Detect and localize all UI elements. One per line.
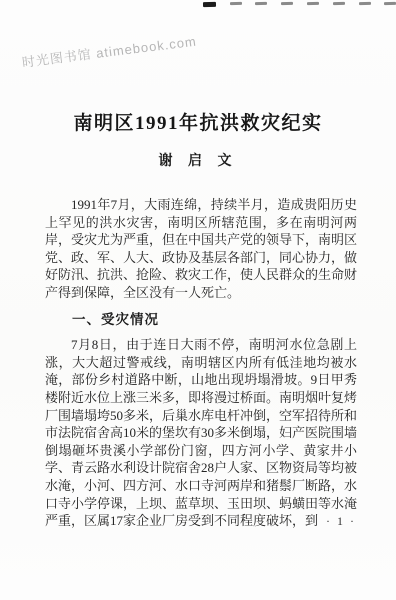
binding-mark bbox=[384, 2, 396, 5]
binding-mark bbox=[203, 2, 216, 7]
section-paragraph: 7月8日，由于连日大雨不停，南明河水位急剧上涨，大大超过警戒线，南明辖区内所有低… bbox=[45, 336, 357, 530]
section-heading: 一、受灾情况 bbox=[45, 311, 357, 329]
binding-mark bbox=[358, 2, 370, 5]
intro-paragraph: 1991年7月，大雨连绵，持续半月，造成贵阳历史上罕见的洪水灾害，南明区所辖范围… bbox=[45, 196, 357, 302]
scanned-page: 时光图书馆 atimebook.com 南明区1991年抗洪救灾纪实 谢 启 文… bbox=[0, 0, 396, 600]
page-number: · 1 · bbox=[326, 514, 356, 529]
binding-mark bbox=[333, 2, 345, 5]
document-title: 南明区1991年抗洪救灾纪实 bbox=[0, 108, 396, 135]
binding-mark bbox=[281, 2, 293, 5]
binding-edge-marks bbox=[203, 2, 396, 7]
binding-mark bbox=[230, 2, 242, 5]
watermark-text: 时光图书馆 atimebook.com bbox=[21, 31, 198, 71]
document-body: 1991年7月，大雨连绵，持续半月，造成贵阳历史上罕见的洪水灾害，南明区所辖范围… bbox=[45, 196, 357, 530]
document-author: 谢 启 文 bbox=[0, 150, 396, 170]
binding-mark bbox=[307, 2, 319, 5]
binding-mark bbox=[255, 2, 267, 5]
